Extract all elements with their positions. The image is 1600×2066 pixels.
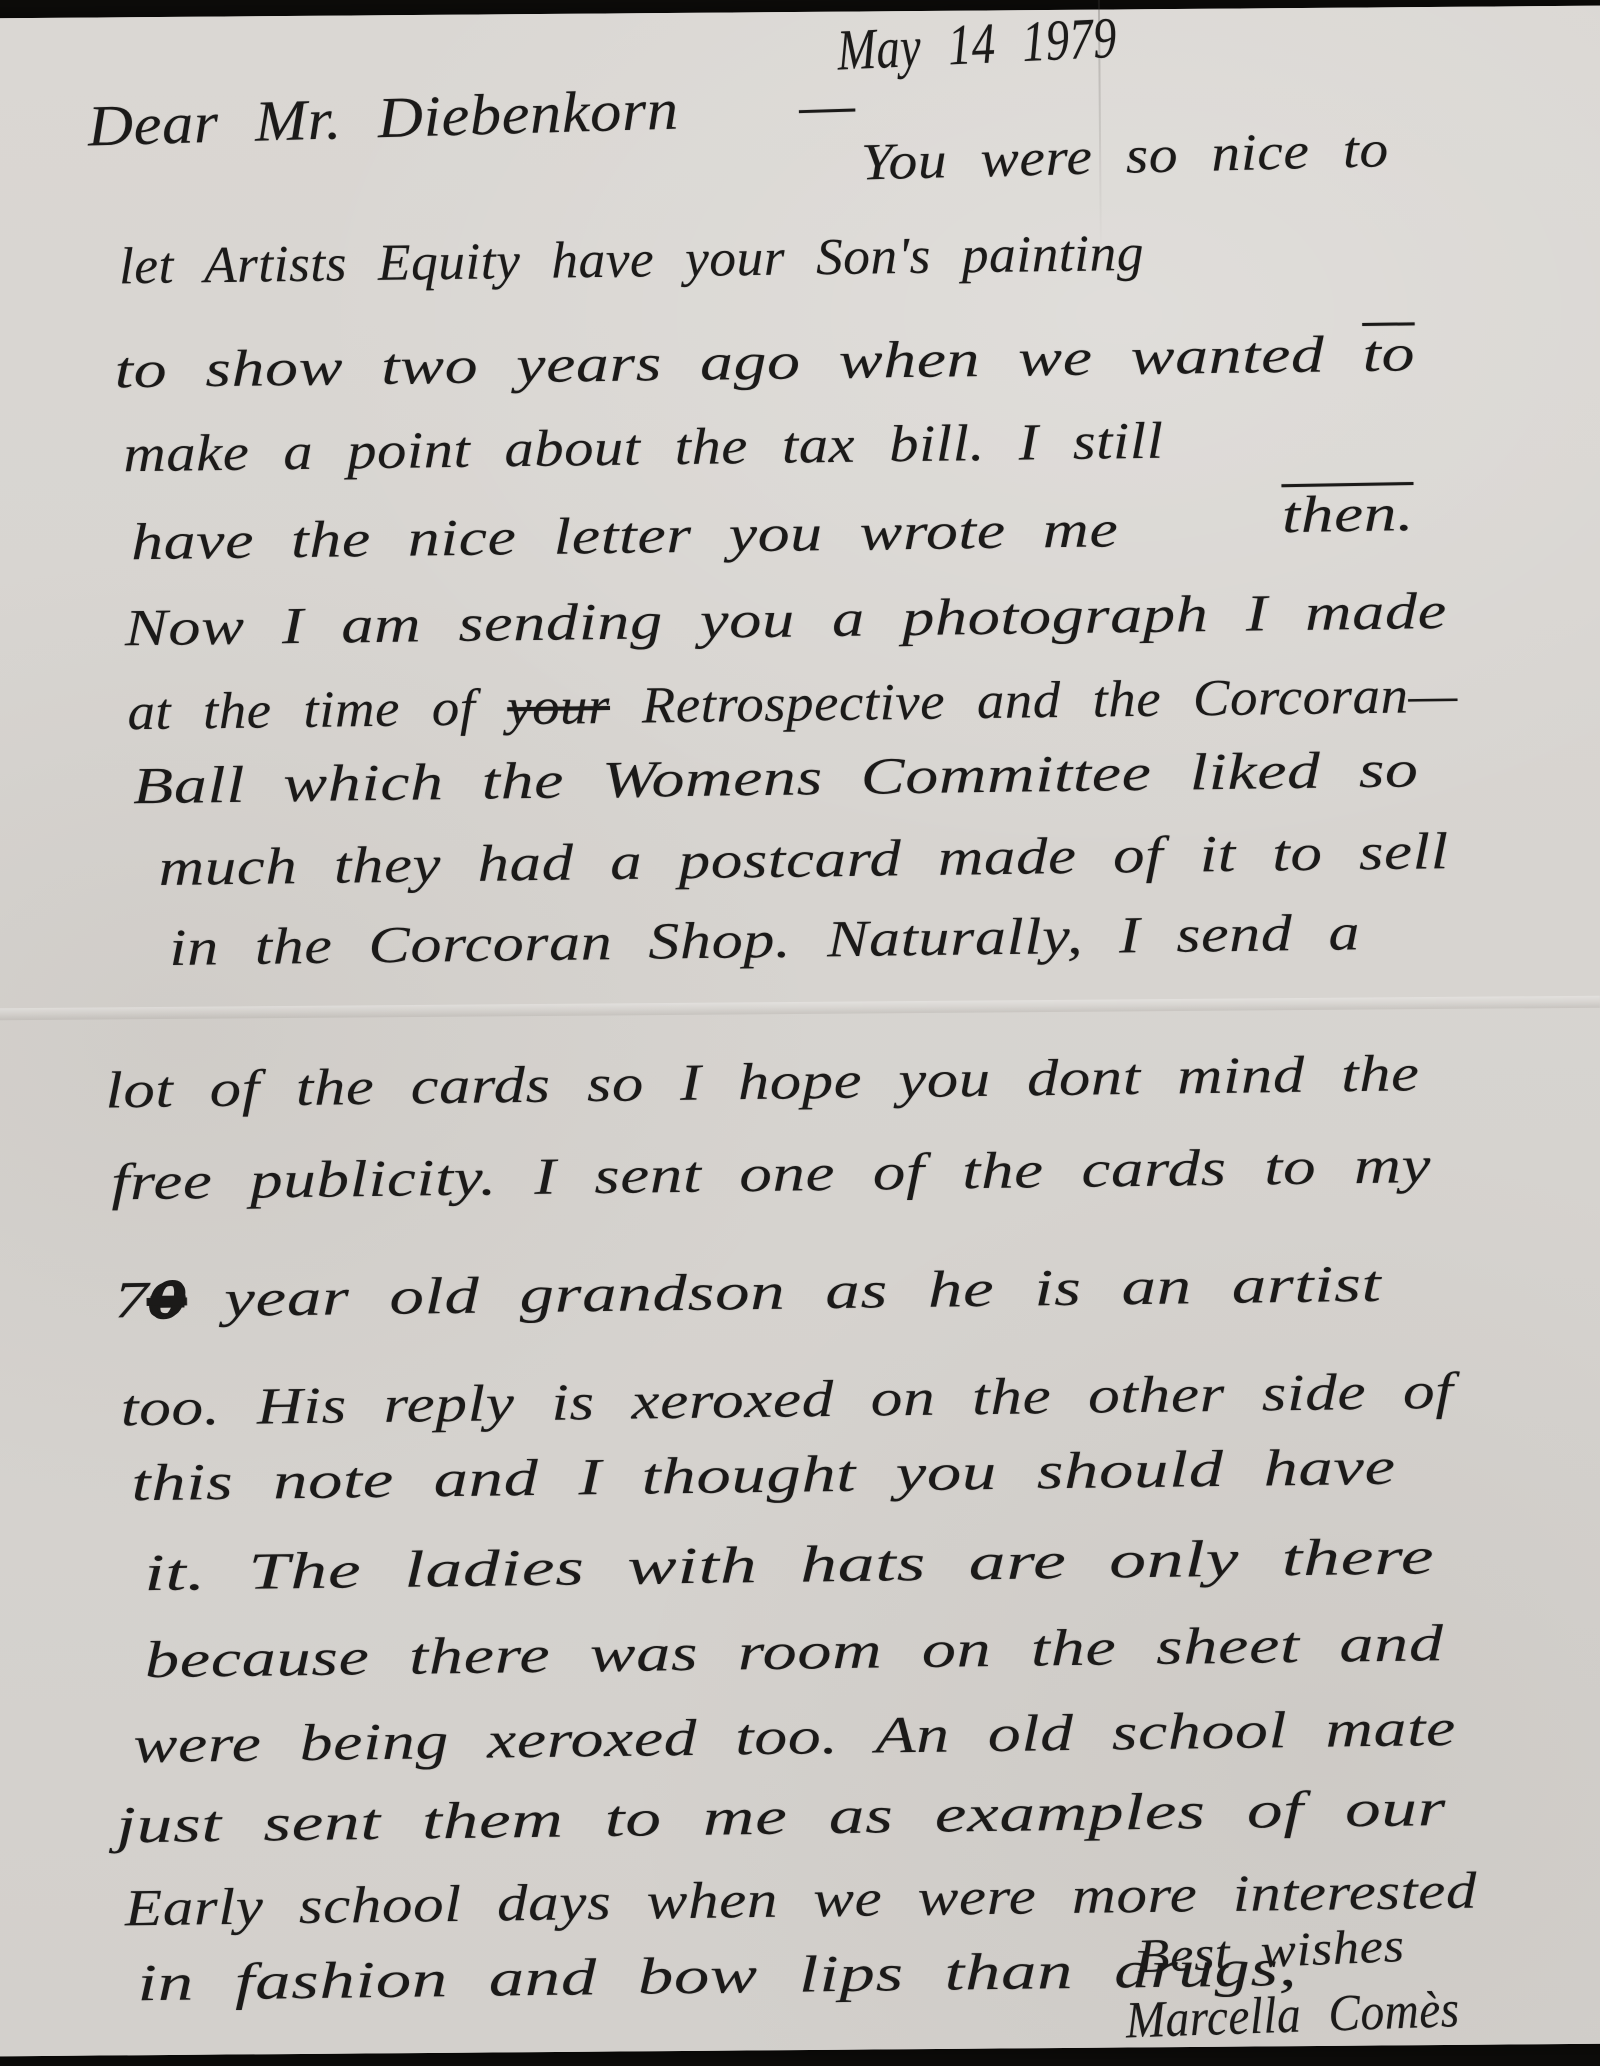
opening-line-text: You were so nice to [860,121,1389,191]
body-line-6-text: Retrospective and the Corcoran— [610,667,1459,735]
body-line-12: 70 year old grandson as he is an artist [114,1259,1382,1328]
body-line-9: in the Corcoran Shop. Naturally, I send … [169,907,1360,975]
body-line-18: just sent them to me as examples of our [116,1783,1447,1852]
body-line-12-text: 7 [114,1272,150,1329]
closing-line-text: Best wishes [1136,1919,1405,1983]
body-line-7: Ball which the Womens Committee liked so [133,744,1419,813]
body-line-3-text: make a point about the tax bill. I still [123,413,1164,484]
closing-line: Best wishes [1136,1922,1405,1981]
signature-line-text: Marcella Comès [1125,1981,1461,2049]
body-line-16: because there was room on the sheet and [145,1618,1444,1687]
body-line-2-overline: to [1362,325,1415,383]
body-line-17-text: were being xeroxed too. An old school ma… [133,1700,1456,1774]
body-line-12-blot: 0 [149,1271,185,1328]
body-line-1: let Artists Equity have your Son's paint… [119,228,1145,293]
body-line-20-text: in fashion and bow lips than drugs, [137,1940,1297,2012]
body-line-6-strike: your [507,678,610,736]
body-line-18-text: just sent them to me as examples of our [116,1780,1447,1854]
body-line-6-text: at the time of [127,679,508,741]
body-line-13-text: too. His reply is xeroxed on the other s… [121,1363,1454,1437]
body-line-7-text: Ball which the Womens Committee liked so [133,741,1419,815]
body-line-15-text: it. The ladies with hats are only there [144,1528,1435,1602]
body-line-9-text: in the Corcoran Shop. Naturally, I send … [169,904,1361,977]
body-line-12-text: year old grandson as he is an artist [184,1256,1382,1329]
body-line-6: at the time of your Retrospective and th… [127,670,1458,739]
date-line: May 14 1979 [836,9,1118,80]
body-line-11-text: free publicity. I sent one of the cards … [111,1137,1432,1211]
body-line-20: in fashion and bow lips than drugs, [137,1943,1297,2010]
body-line-4: have the nice letter you wrote me [131,504,1119,569]
body-line-8-text: much they had a postcard made of it to s… [158,823,1449,897]
signature-line: Marcella Comès [1125,1984,1460,2047]
fold-crease [0,996,1600,1021]
body-line-3: make a point about the tax bill. I still [123,416,1164,482]
body-line-17: were being xeroxed too. An old school ma… [133,1703,1456,1772]
body-line-5-text: Now I am sending you a photograph I made [124,583,1447,657]
ink-layer: May 14 1979Dear Mr. Diebenkorn—You were … [0,0,1600,2066]
letter-paper: May 14 1979Dear Mr. Diebenkorn—You were … [0,6,1600,2057]
body-line-5: Now I am sending you a photograph I made [124,586,1447,655]
body-line-16-text: because there was room on the sheet and [145,1615,1445,1689]
body-line-10: lot of the cards so I hope you dont mind… [105,1048,1420,1117]
body-line-10-text: lot of the cards so I hope you dont mind… [105,1045,1420,1119]
opening-line: You were so nice to [861,124,1390,189]
date-line-text: May 14 1979 [836,5,1118,83]
body-line-1-text: let Artists Equity have your Son's paint… [119,225,1145,295]
body-line-11: free publicity. I sent one of the cards … [111,1140,1431,1209]
body-line-14: this note and I thought you should have [131,1442,1396,1511]
body-line-8: much they had a postcard made of it to s… [158,826,1449,895]
body-line-14-text: this note and I thought you should have [131,1439,1396,1513]
body-line-13: too. His reply is xeroxed on the other s… [121,1366,1454,1435]
body-line-2: to show two years ago when we wanted to [114,328,1415,397]
body-line-4-text: have the nice letter you wrote me [131,501,1119,571]
salutation-text: Dear Mr. Diebenkorn [87,77,679,159]
then-note-overline: then. [1281,485,1414,544]
then-note: then. [1282,488,1415,542]
body-line-15: it. The ladies with hats are only there [144,1531,1435,1600]
salutation-dash: — [798,71,856,138]
salutation: Dear Mr. Diebenkorn— [87,75,856,155]
scanned-letter-photo: { "letter": { "date": "May 14 1979", "sa… [0,0,1600,2066]
body-line-2-text: to show two years ago when we wanted [114,326,1363,399]
